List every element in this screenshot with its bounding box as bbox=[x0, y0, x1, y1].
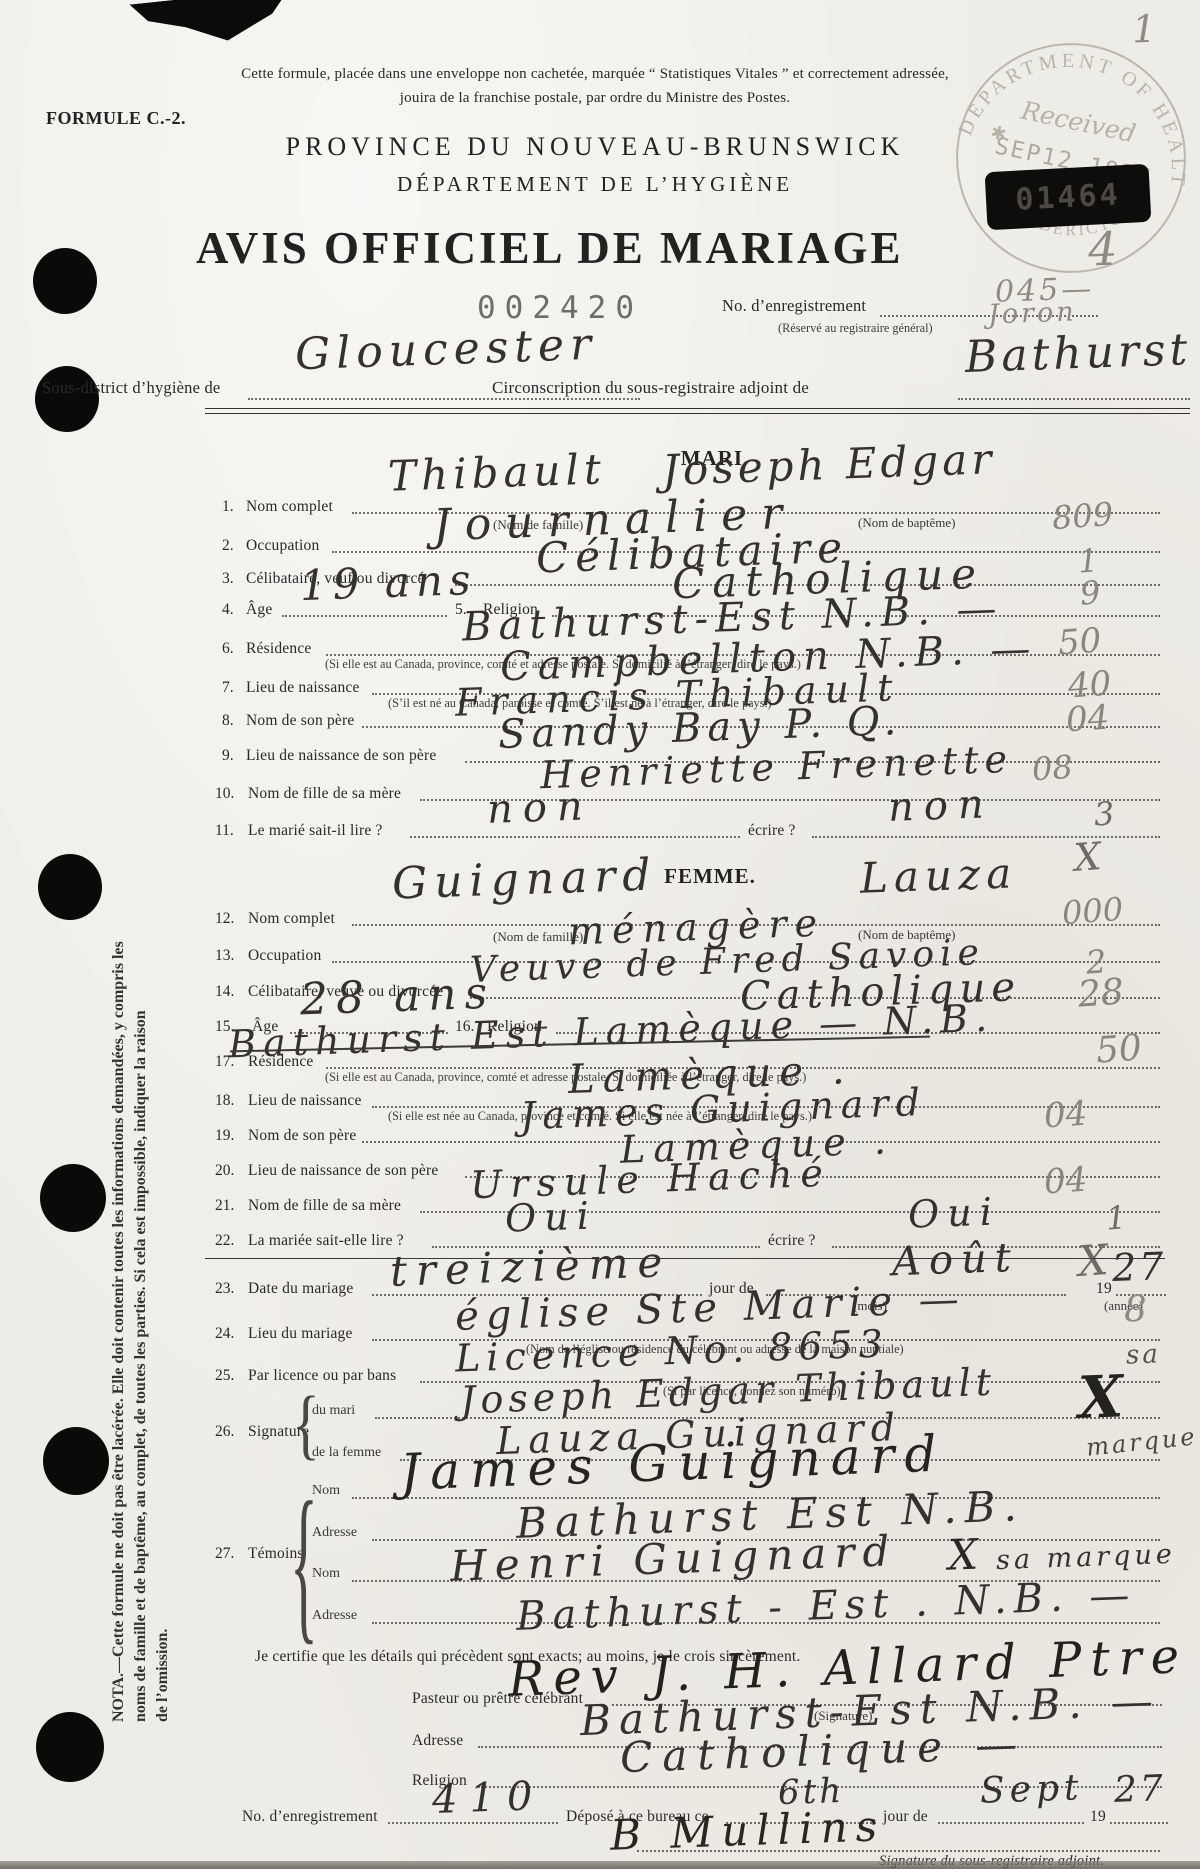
punch-hole bbox=[43, 1427, 109, 1495]
row-label: Le marié sait-il lire ? bbox=[248, 822, 383, 840]
punch-hole bbox=[38, 854, 102, 920]
row-number: 22. bbox=[215, 1232, 234, 1250]
nota-line2: noms de famille et de baptême, au comple… bbox=[130, 537, 152, 1722]
dotted-line bbox=[637, 1850, 1160, 1852]
row-label: Nom complet bbox=[246, 498, 333, 516]
marriage-day-handwriting: treizième bbox=[389, 1241, 672, 1293]
row-label: Lieu de naissance bbox=[246, 679, 360, 697]
sa-pencil: sa bbox=[1126, 1341, 1162, 1368]
row-number: 9. bbox=[222, 747, 234, 765]
row-label: Nom de son père bbox=[248, 1127, 356, 1145]
row-number: 8. bbox=[222, 712, 234, 730]
row-number: 1. bbox=[222, 498, 234, 516]
divider-rule bbox=[205, 408, 1190, 409]
nota-line3: de l’omission. bbox=[152, 537, 174, 1722]
row-number: 11. bbox=[215, 822, 234, 840]
margin-code: 08 bbox=[1031, 751, 1074, 786]
groom-can-read: non bbox=[486, 786, 593, 830]
row-label: Nom complet bbox=[248, 910, 335, 928]
margin-code: 9 bbox=[1079, 576, 1102, 609]
bride-can-read: Oui bbox=[504, 1196, 597, 1237]
row-label: Âge bbox=[246, 601, 272, 619]
covered-serial: 01464 bbox=[1015, 177, 1122, 217]
row-number: 13. bbox=[215, 947, 234, 965]
margin-code: 04 bbox=[1065, 701, 1111, 738]
marriage-year-pencil: 8 bbox=[1123, 1292, 1150, 1329]
punch-hole bbox=[35, 366, 99, 432]
margin-code: 000 bbox=[1061, 893, 1124, 929]
nota-line1: NOTA.—Cette formule ne doit pas être lac… bbox=[108, 537, 130, 1722]
year-prefix: 19 bbox=[1096, 1280, 1112, 1298]
row-label: Lieu de naissance de son père bbox=[246, 747, 436, 765]
row-label: Occupation bbox=[246, 537, 319, 555]
dotted-line bbox=[1110, 1822, 1168, 1824]
row-label: Par licence ou par bans bbox=[248, 1367, 396, 1385]
deposited-month: Sept bbox=[979, 1770, 1084, 1810]
row-number: 18. bbox=[215, 1092, 234, 1110]
bride-family-name: Guignard bbox=[391, 853, 658, 906]
dotted-line bbox=[410, 836, 740, 838]
row-label: Nom de fille de sa mère bbox=[248, 785, 401, 803]
row-number: 2. bbox=[222, 537, 234, 555]
row-number: 20. bbox=[215, 1162, 234, 1180]
temoin2-adresse-label: Adresse bbox=[312, 1608, 357, 1624]
groom-baptism-name: Joseph Edgar bbox=[661, 438, 996, 492]
punch-hole bbox=[33, 248, 97, 314]
row-label: Nom de son père bbox=[246, 712, 354, 730]
margin-code: 04 bbox=[1043, 1097, 1089, 1134]
nota-vertical-note: NOTA.—Cette formule ne doit pas être lac… bbox=[108, 537, 174, 1722]
row-label: Occupation bbox=[248, 947, 321, 965]
circonscription-label: Circonscription du sous-registraire adjo… bbox=[492, 378, 809, 398]
bride-baptism-name: Lauza bbox=[859, 852, 1018, 899]
scanned-marriage-form: DEPARTMENT OF HEALTH Received ✱ SEP12 19… bbox=[0, 0, 1200, 1869]
row-number: 21. bbox=[215, 1197, 234, 1215]
registration-reserved-note: (Réservé au registraire général) bbox=[778, 321, 933, 336]
margin-code: 28 bbox=[1077, 974, 1125, 1013]
temoin2-mark-note: sa marque bbox=[996, 1541, 1177, 1574]
province-heading: PROVINCE DU NOUVEAU-BRUNSWICK bbox=[0, 132, 1190, 162]
punch-hole bbox=[36, 1712, 104, 1782]
form-title: AVIS OFFICIEL DE MARIAGE bbox=[196, 222, 904, 274]
dotted-line bbox=[812, 836, 1160, 838]
officiant-adresse-label: Adresse bbox=[412, 1732, 463, 1750]
row-number: 12. bbox=[215, 910, 234, 928]
temoin1-nom-label: Nom bbox=[312, 1483, 340, 1499]
margin-x-mark: X bbox=[1077, 1239, 1110, 1283]
district-label: Sous-district d’hygiène de bbox=[42, 378, 220, 398]
form-code: FORMULE C.-2. bbox=[46, 108, 186, 129]
dotted-line bbox=[388, 1822, 558, 1824]
edge-pencil-note: Joron bbox=[988, 298, 1078, 328]
row-label: Date du mariage bbox=[248, 1280, 353, 1298]
sub-label-baptism: (Nom de baptême) bbox=[858, 515, 955, 531]
row-number: 23. bbox=[215, 1280, 234, 1298]
row-number: 19. bbox=[215, 1127, 234, 1145]
row-number: 14. bbox=[215, 983, 234, 1001]
officiant-label: Pasteur ou prêtre célébrant bbox=[412, 1690, 583, 1708]
footer-jour-label: jour de bbox=[883, 1808, 928, 1826]
row-number: 26. bbox=[215, 1423, 234, 1441]
punch-hole bbox=[40, 1164, 106, 1232]
groom-can-write: non bbox=[887, 784, 994, 828]
groom-age: 19 ans bbox=[299, 559, 477, 607]
circonscription-value-handwriting: Bathurst bbox=[964, 328, 1192, 380]
pencil-number-under-stamp: 4 bbox=[1087, 225, 1121, 272]
row-label: La mariée sait-elle lire ? bbox=[248, 1232, 404, 1250]
footer-reg-value: 410 bbox=[431, 1776, 545, 1820]
postal-notice-line1: Cette formule, placée dans une enveloppe… bbox=[0, 66, 1190, 83]
row-number: 6. bbox=[222, 640, 234, 658]
row-number: 7. bbox=[222, 679, 234, 697]
footer-reg-label: No. d’enregistrement bbox=[242, 1808, 378, 1826]
sub-du-mari: du mari bbox=[312, 1403, 355, 1419]
row-number: 4. bbox=[222, 601, 234, 619]
row-label: Lieu de naissance de son père bbox=[248, 1162, 438, 1180]
dotted-line bbox=[958, 398, 1190, 400]
row-label: Résidence bbox=[246, 640, 312, 658]
row-number: 10. bbox=[215, 785, 234, 803]
sub-de-la-femme: de la femme bbox=[312, 1445, 381, 1461]
margin-x-mark: X bbox=[1073, 837, 1103, 877]
divider-rule bbox=[205, 413, 1190, 414]
dotted-line bbox=[938, 1822, 1084, 1824]
corner-pencil-number: 1 bbox=[1131, 10, 1159, 49]
row-label-ecrire: écrire ? bbox=[748, 822, 796, 840]
divider-rule bbox=[205, 1258, 1165, 1259]
bride-can-write: Oui bbox=[907, 1192, 1000, 1233]
marriage-year-handwriting: 27 bbox=[1111, 1247, 1167, 1287]
margin-code: 50 bbox=[1095, 1030, 1143, 1069]
blacked-out-number-box: 01464 bbox=[985, 164, 1152, 231]
temoin2-mark-x: X bbox=[947, 1533, 981, 1576]
margin-code: 04 bbox=[1043, 1163, 1089, 1200]
row-number: 3. bbox=[222, 570, 234, 588]
registration-label: No. d’enregistrement bbox=[722, 296, 866, 316]
row-number: 25. bbox=[215, 1367, 234, 1385]
deposited-year: 27 bbox=[1113, 1771, 1166, 1809]
district-value-handwriting: Gloucester bbox=[294, 323, 597, 378]
footer-year-prefix: 19 bbox=[1090, 1808, 1106, 1826]
groom-mark-x: X bbox=[1077, 1367, 1127, 1427]
row-number: 27. bbox=[215, 1545, 234, 1563]
scan-edge bbox=[0, 1861, 1200, 1869]
dotted-line bbox=[248, 398, 640, 400]
margin-code: 50 bbox=[1057, 624, 1103, 661]
temoin1-adresse-label: Adresse bbox=[312, 1525, 357, 1541]
groom-family-name: Thibault bbox=[387, 448, 606, 498]
dotted-line bbox=[282, 615, 447, 617]
margin-code: 1 bbox=[1105, 1201, 1128, 1234]
row-number: 24. bbox=[215, 1325, 234, 1343]
margin-code: 809 bbox=[1051, 498, 1114, 534]
row-label: Lieu du mariage bbox=[248, 1325, 353, 1343]
row-label: Nom de fille de sa mère bbox=[248, 1197, 401, 1215]
row-label-ecrire: écrire ? bbox=[768, 1232, 816, 1250]
row-label: Lieu de naissance bbox=[248, 1092, 362, 1110]
torn-corner-mark bbox=[126, 0, 298, 51]
postal-notice-line2: jouira de la franchise postale, par ordr… bbox=[0, 90, 1190, 107]
margin-code: 3 bbox=[1093, 797, 1116, 830]
temoin2-nom-label: Nom bbox=[312, 1566, 340, 1582]
